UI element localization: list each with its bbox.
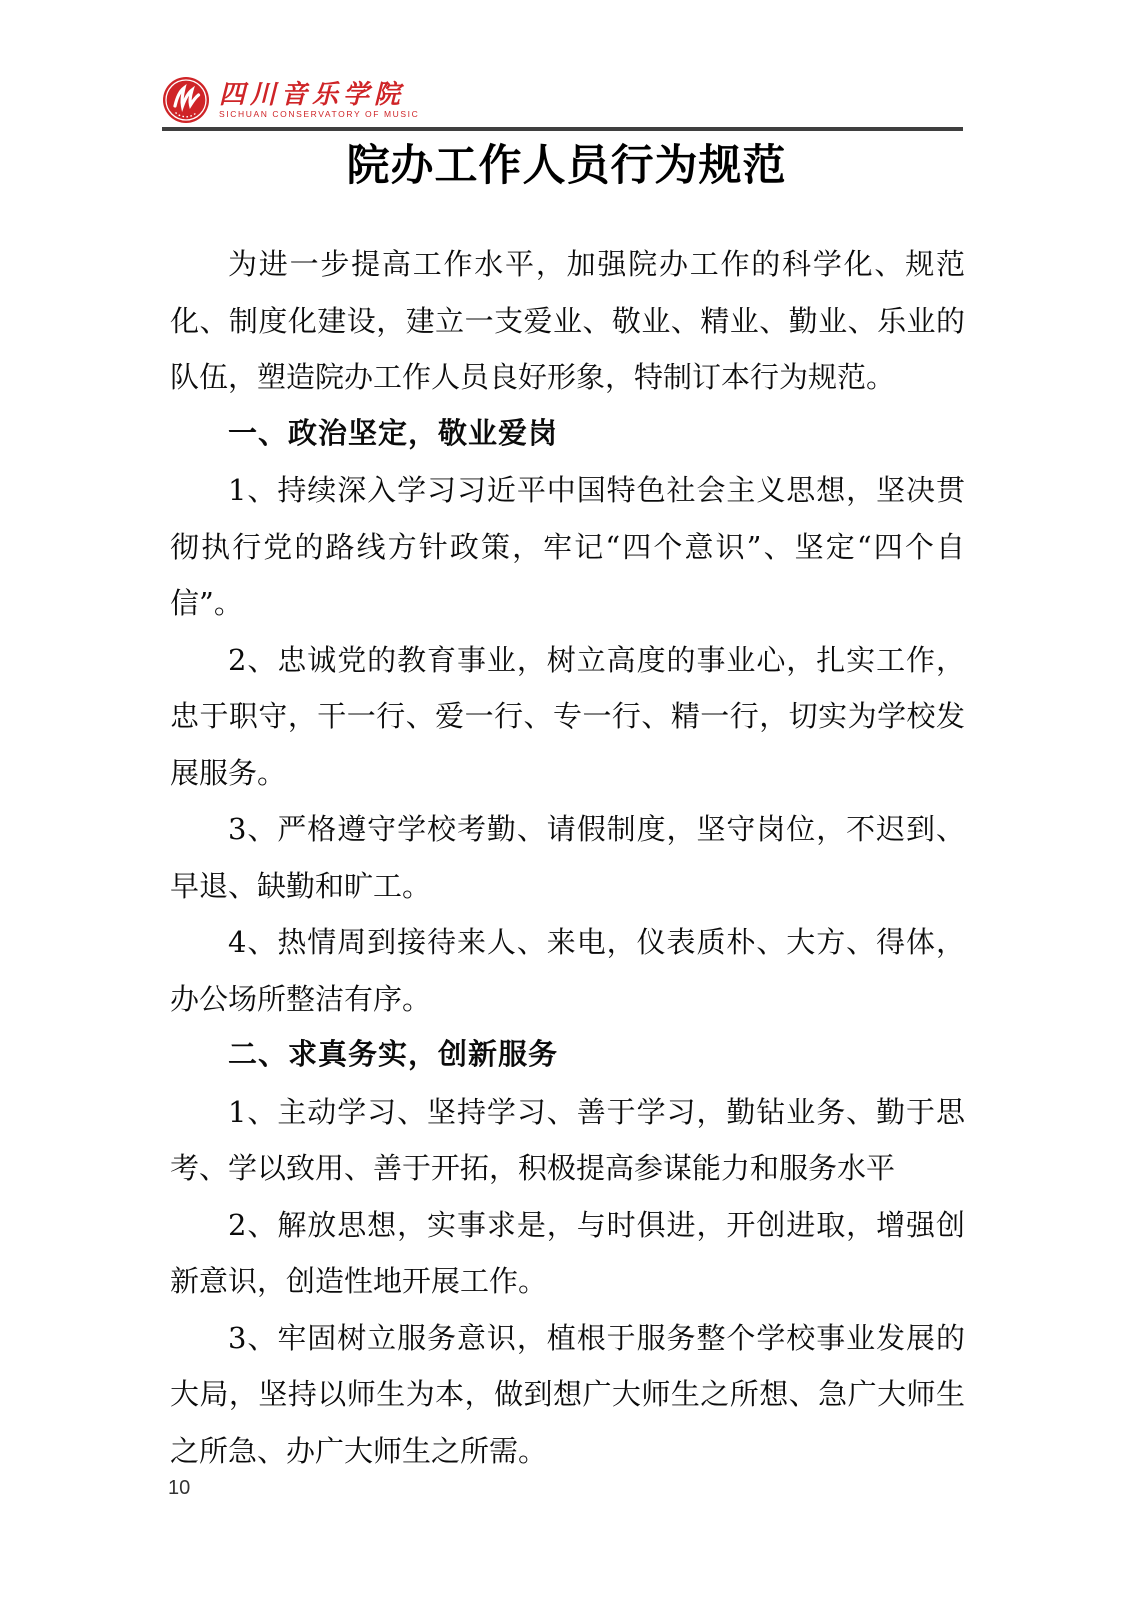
logo-text: 四川音乐学院 SICHUAN CONSERVATORY OF MUSIC (219, 82, 419, 120)
document-body: 为进一步提高工作水平，加强院办工作的科学化、规范化、制度化建设，建立一支爱业、敬… (170, 236, 965, 1479)
paragraph: 为进一步提高工作水平，加强院办工作的科学化、规范化、制度化建设，建立一支爱业、敬… (170, 236, 965, 406)
brand-name-en: SICHUAN CONSERVATORY OF MUSIC (219, 108, 419, 120)
paragraph: 3、严格遵守学校考勤、请假制度，坚守岗位，不迟到、早退、缺勤和旷工。 (170, 801, 965, 914)
document-page: 四川音乐学院 SICHUAN CONSERVATORY OF MUSIC 院办工… (0, 0, 1131, 1600)
section-heading: 一、政治坚定，敬业爱岗 (170, 406, 965, 463)
conservatory-emblem-icon (162, 76, 210, 124)
brand-name-zh: 四川音乐学院 (219, 82, 419, 108)
paragraph: 4、热情周到接待来人、来电，仪表质朴、大方、得体，办公场所整洁有序。 (170, 914, 965, 1027)
paragraph: 3、牢固树立服务意识，植根于服务整个学校事业发展的大局，坚持以师生为本，做到想广… (170, 1310, 965, 1480)
logo: 四川音乐学院 SICHUAN CONSERVATORY OF MUSIC (162, 76, 419, 124)
section-heading: 二、求真务实，创新服务 (170, 1027, 965, 1084)
header-divider (162, 127, 963, 131)
paragraph: 1、持续深入学习习近平中国特色社会主义思想，坚决贯彻执行党的路线方针政策，牢记“… (170, 462, 965, 632)
paragraph: 1、主动学习、坚持学习、善于学习，勤钻业务、勤于思考、学以致用、善于开拓，积极提… (170, 1084, 965, 1197)
page-number: 10 (168, 1476, 190, 1500)
page-title: 院办工作人员行为规范 (170, 137, 963, 195)
paragraph: 2、忠诚党的教育事业，树立高度的事业心，扎实工作，忠于职守，干一行、爱一行、专一… (170, 632, 965, 802)
paragraph: 2、解放思想，实事求是，与时俱进，开创进取，增强创新意识，创造性地开展工作。 (170, 1197, 965, 1310)
